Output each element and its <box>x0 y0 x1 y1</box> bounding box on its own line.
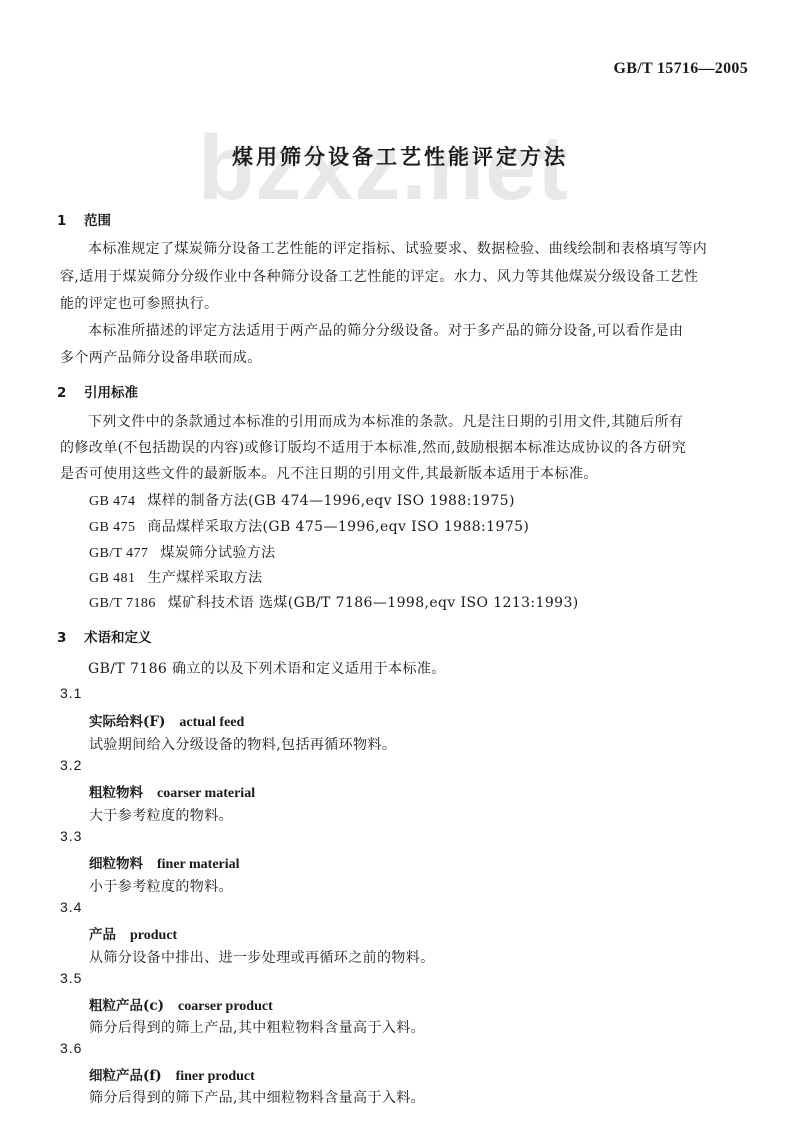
paragraph-line: 多个两产品筛分设备串联而成。 <box>60 347 262 367</box>
paragraph-line: 是否可使用这些文件的最新版本。凡不注日期的引用文件,其最新版本适用于本标准。 <box>60 463 598 483</box>
paragraph-line: 本标准规定了煤炭筛分设备工艺性能的评定指标、试验要求、数据检验、曲线绘制和表格填… <box>88 238 707 258</box>
document-title: 煤用筛分设备工艺性能评定方法 <box>0 141 800 171</box>
section-title: 范围 <box>84 213 111 229</box>
reference-title: 煤炭筛分试验方法 <box>160 545 275 561</box>
paragraph-line: 的修改单(不包括勘误的内容)或修订版均不适用于本标准,然而,鼓励根据本标准达成协… <box>60 437 686 457</box>
reference-code: GB 474 <box>89 494 135 510</box>
term-zh: 实际给料(F) <box>89 714 165 730</box>
term-definition: 筛分后得到的筛下产品,其中细粒物料含量高于入料。 <box>89 1087 425 1107</box>
section-intro: GB/T 7186 确立的以及下列术语和定义适用于本标准。 <box>88 658 446 678</box>
section-number: 3 <box>57 630 84 646</box>
reference-title: 煤样的制备方法(GB 474—1996,eqv ISO 1988:1975) <box>147 493 514 509</box>
section-3-heading: 3术语和定义 <box>57 626 152 646</box>
paragraph-line: 本标准所描述的评定方法适用于两产品的筛分分级设备。对于多产品的筛分设备,可以看作… <box>88 320 683 340</box>
term-zh: 粗粒产品(c) <box>89 998 164 1014</box>
term-definition: 筛分后得到的筛上产品,其中粗粒物料含量高于入料。 <box>89 1017 425 1037</box>
term-en: finer material <box>157 857 240 872</box>
clause-number: 3.1 <box>60 685 82 701</box>
term-definition: 试验期间给入分级设备的物料,包括再循环物料。 <box>89 734 396 754</box>
clause-number: 3.6 <box>60 1040 82 1056</box>
reference-title: 商品煤样采取方法(GB 475—1996,eqv ISO 1988:1975) <box>147 519 529 535</box>
paragraph-line: 能的评定也可参照执行。 <box>60 293 218 313</box>
term-definition: 从筛分设备中排出、进一步处理或再循环之前的物料。 <box>89 947 435 967</box>
reference-title: 生产煤样采取方法 <box>147 570 262 586</box>
reference-code: GB 475 <box>89 520 135 536</box>
term-en: finer product <box>176 1069 255 1084</box>
clause-number: 3.2 <box>60 757 82 773</box>
section-title: 术语和定义 <box>84 630 152 646</box>
term-en: product <box>130 928 177 943</box>
term-en: coarser product <box>178 999 273 1014</box>
term-zh: 细粒产品(f) <box>89 1068 162 1084</box>
standard-code: GB/T 15716—2005 <box>614 60 748 78</box>
term-definition: 大于参考粒度的物料。 <box>89 805 233 825</box>
term-en: actual feed <box>179 715 244 730</box>
reference-code: GB/T 7186 <box>89 596 156 612</box>
reference-item: GB/T 477煤炭筛分试验方法 <box>89 542 276 562</box>
term-definition: 小于参考粒度的物料。 <box>89 876 233 896</box>
term-title: 细粒产品(f)finer product <box>89 1064 255 1085</box>
reference-item: GB/T 7186煤矿科技术语 选煤(GB/T 7186—1998,eqv IS… <box>89 592 579 612</box>
section-2-heading: 2引用标准 <box>57 381 138 401</box>
section-1-heading: 1范围 <box>57 209 111 229</box>
clause-number: 3.3 <box>60 828 82 844</box>
paragraph-line: 下列文件中的条款通过本标准的引用而成为本标准的条款。凡是注日期的引用文件,其随后… <box>88 411 683 431</box>
term-title: 产品product <box>89 923 177 944</box>
term-title: 粗粒产品(c)coarser product <box>89 994 273 1015</box>
section-number: 1 <box>57 213 84 229</box>
term-zh: 产品 <box>89 927 116 943</box>
reference-item: GB 475商品煤样采取方法(GB 475—1996,eqv ISO 1988:… <box>89 516 529 536</box>
term-title: 粗粒物料coarser material <box>89 781 255 802</box>
section-title: 引用标准 <box>84 385 138 401</box>
clause-number: 3.4 <box>60 899 82 915</box>
term-zh: 粗粒物料 <box>89 785 143 801</box>
paragraph-line: 容,适用于煤炭筛分分级作业中各种筛分设备工艺性能的评定。水力、风力等其他煤炭分级… <box>60 266 698 286</box>
reference-code: GB/T 477 <box>89 546 148 562</box>
reference-item: GB 481生产煤样采取方法 <box>89 567 263 587</box>
reference-title: 煤矿科技术语 选煤(GB/T 7186—1998,eqv ISO 1213:19… <box>168 595 579 611</box>
term-title: 细粒物料finer material <box>89 852 240 873</box>
term-title: 实际给料(F)actual feed <box>89 710 244 731</box>
clause-number: 3.5 <box>60 970 82 986</box>
reference-item: GB 474煤样的制备方法(GB 474—1996,eqv ISO 1988:1… <box>89 490 515 510</box>
section-number: 2 <box>57 385 84 401</box>
term-en: coarser material <box>157 786 255 801</box>
term-zh: 细粒物料 <box>89 856 143 872</box>
reference-code: GB 481 <box>89 571 135 587</box>
